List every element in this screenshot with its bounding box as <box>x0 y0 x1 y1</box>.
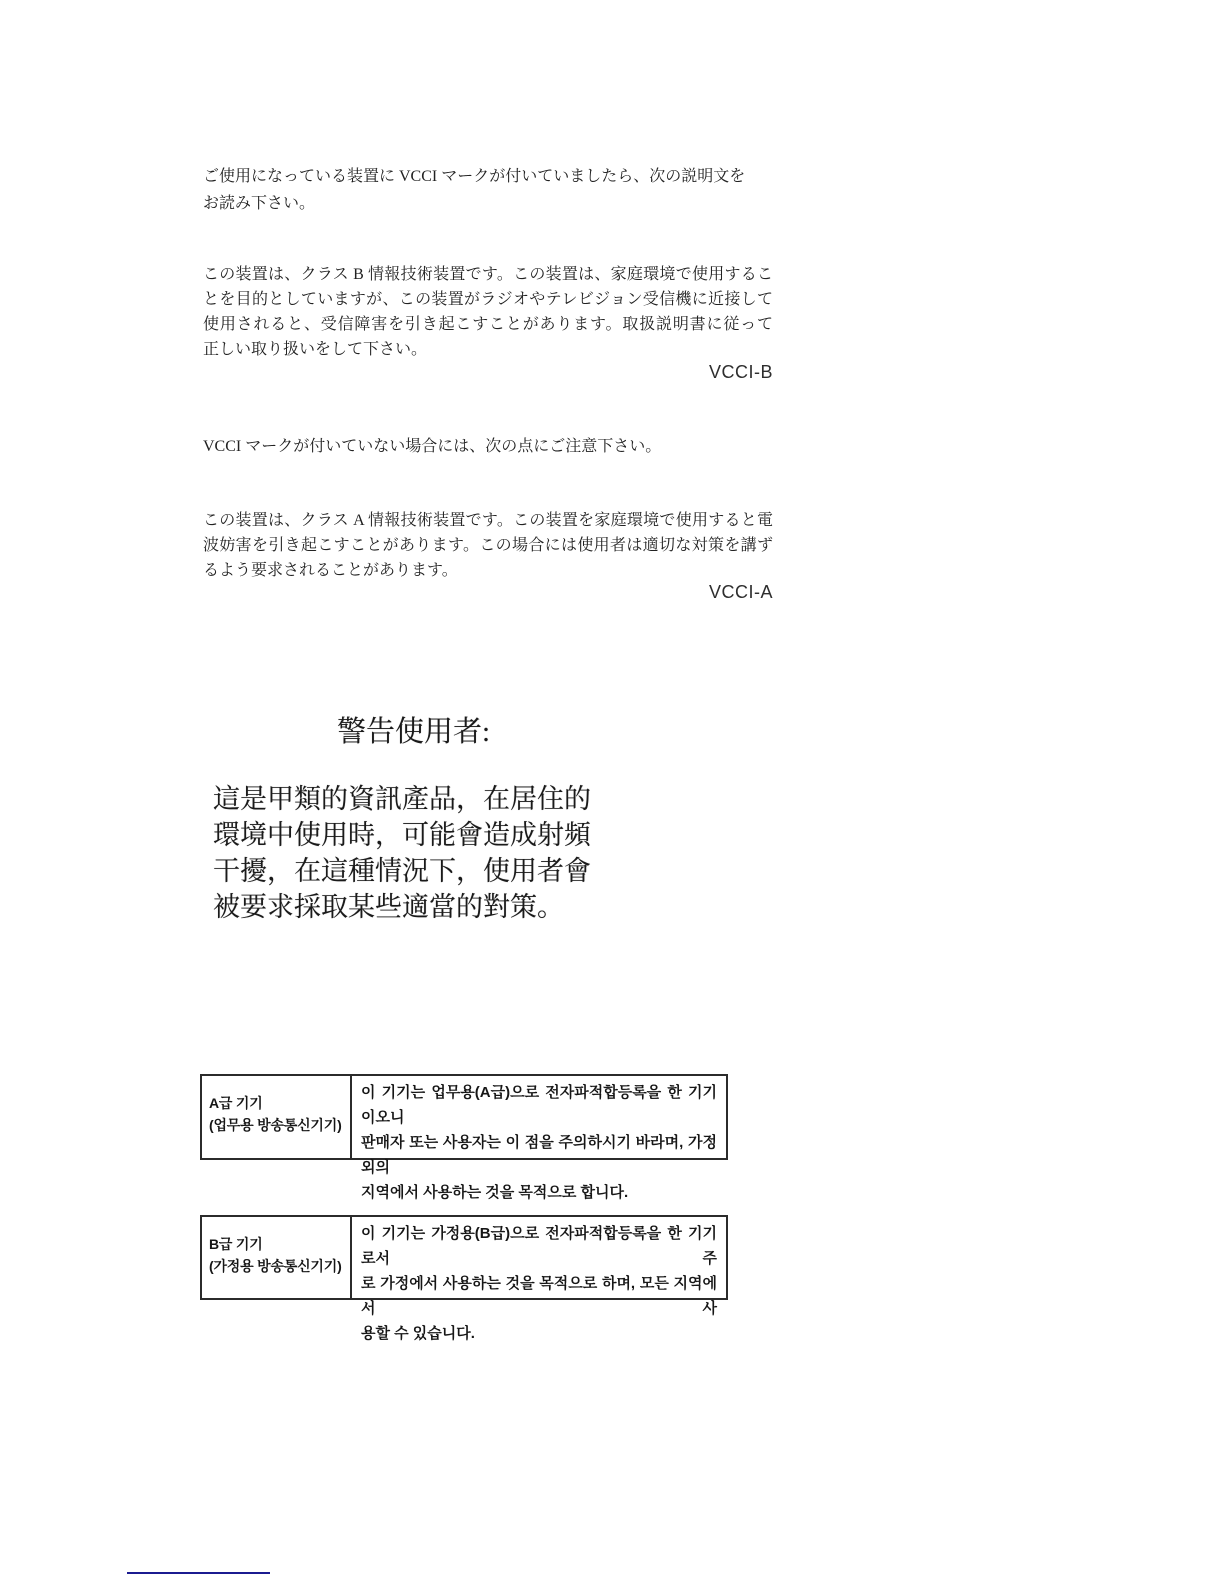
text-line: この装置は、クラス A 情報技術装置です。この装置を家庭環境で使用すると電 <box>203 508 773 533</box>
text-line: A급 기기 <box>209 1092 350 1114</box>
text-line: 이 기기는 업무용(A급)으로 전자파적합등록을 한 기기이오니 <box>361 1080 717 1130</box>
jp-class-b-paragraph: この装置は、クラス B 情報技術装置です。この装置は、家庭環境で使用するこ とを… <box>203 262 773 362</box>
text-line: 被要求採取某些適當的對策。 <box>213 889 591 925</box>
text-line: この装置は、クラス B 情報技術装置です。この装置は、家庭環境で使用するこ <box>203 262 773 287</box>
document-page: { "japanese_section": { "intro": { "line… <box>0 0 1224 1584</box>
korean-class-b-table: B급 기기 (가정용 방송통신기기) 이 기기는 가정용(B급)으로 전자파적합… <box>200 1215 728 1300</box>
class-description-cell: 이 기기는 업무용(A급)으로 전자파적합등록을 한 기기이오니 판매자 또는 … <box>352 1076 726 1158</box>
footer-rule <box>127 1572 270 1574</box>
text-line: 正しい取り扱いをして下さい。 <box>203 337 773 362</box>
text-line: 波妨害を引き起こすことがあります。この場合には使用者は適切な対策を講ず <box>203 533 773 558</box>
text-line: 이 기기는 가정용(B급)으로 전자파적합등록을 한 기기로서 주 <box>361 1221 717 1271</box>
text-line: 판매자 또는 사용자는 이 점을 주의하시기 바라며, 가정 외의 <box>361 1130 717 1180</box>
text-line: とを目的としていますが、この装置がラジオやテレビジョン受信機に近接して <box>203 287 773 312</box>
korean-class-a-table: A급 기기 (업무용 방송통신기기) 이 기기는 업무용(A급)으로 전자파적합… <box>200 1074 728 1160</box>
jp-intro-paragraph: ご使用になっている装置に VCCI マークが付いていましたら、次の説明文を お読… <box>203 163 773 217</box>
cn-warning-body: 這是甲類的資訊產品，在居住的 環境中使用時，可能會造成射頻 干擾，在這種情況下，… <box>213 781 591 925</box>
text-line: お読み下さい。 <box>203 190 773 217</box>
cn-warning-title: 警告使用者: <box>337 713 490 751</box>
text-line: 這是甲類的資訊產品，在居住的 <box>213 781 591 817</box>
text-line: 용할 수 있습니다. <box>361 1321 717 1346</box>
text-line: B급 기기 <box>209 1233 350 1255</box>
text-line: 로 가정에서 사용하는 것을 목적으로 하며, 모든 지역에서 사 <box>361 1271 717 1321</box>
class-name-cell: B급 기기 (가정용 방송통신기기) <box>202 1217 352 1298</box>
vcci-a-label: VCCI-A <box>203 582 773 602</box>
text-line: 使用されると、受信障害を引き起こすことがあります。取扱説明書に従って <box>203 312 773 337</box>
text-line: (가정용 방송통신기기) <box>209 1255 350 1277</box>
text-line: VCCI マークが付いていない場合には、次の点にご注意下さい。 <box>203 434 773 459</box>
jp-no-mark-paragraph: VCCI マークが付いていない場合には、次の点にご注意下さい。 <box>203 434 773 459</box>
text-line: ご使用になっている装置に VCCI マークが付いていましたら、次の説明文を <box>203 163 773 190</box>
vcci-b-label: VCCI-B <box>203 362 773 382</box>
text-line: (업무용 방송통신기기) <box>209 1114 350 1136</box>
jp-class-a-paragraph: この装置は、クラス A 情報技術装置です。この装置を家庭環境で使用すると電 波妨… <box>203 508 773 583</box>
text-line: 干擾，在這種情況下，使用者會 <box>213 853 591 889</box>
class-name-cell: A급 기기 (업무용 방송통신기기) <box>202 1076 352 1158</box>
text-line: 지역에서 사용하는 것을 목적으로 합니다. <box>361 1180 717 1205</box>
class-description-cell: 이 기기는 가정용(B급)으로 전자파적합등록을 한 기기로서 주 로 가정에서… <box>352 1217 726 1298</box>
text-line: るよう要求されることがあります。 <box>203 558 773 583</box>
text-line: 環境中使用時，可能會造成射頻 <box>213 817 591 853</box>
